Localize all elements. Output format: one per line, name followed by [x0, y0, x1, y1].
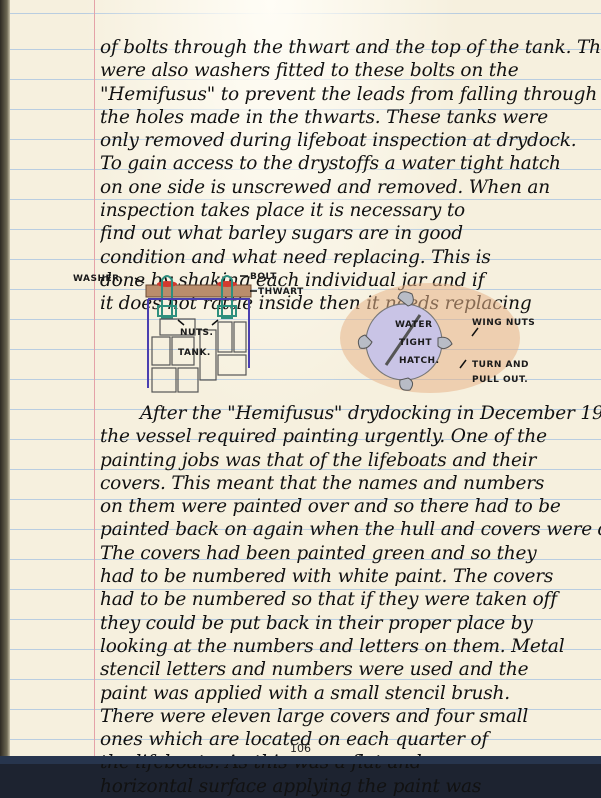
text-line: paint was applied with a small stencil b…	[100, 682, 601, 705]
text-line: had to be numbered with white paint. The…	[100, 565, 601, 588]
tank-label: TANK.	[178, 348, 211, 358]
text-line: The covers had been painted green and so…	[100, 542, 601, 565]
text-line: To gain access to the drystoffs a water …	[100, 152, 601, 175]
text-line: After the "Hemifusus" drydocking in Dece…	[100, 402, 601, 425]
bolt-label: BOLT	[250, 272, 277, 282]
hatch-label-hatch: HATCH.	[399, 356, 440, 366]
text-line: stencil letters and numbers were used an…	[100, 658, 601, 681]
text-line: on one side is unscrewed and removed. Wh…	[100, 176, 601, 199]
nuts-label: NUTS.	[180, 328, 213, 338]
hatch-drawing	[320, 280, 601, 410]
text-line: the vessel required painting urgently. O…	[100, 425, 601, 448]
page-number: 106	[290, 742, 311, 755]
text-line: There were eleven large covers and four …	[100, 705, 601, 728]
hatch-label-tight: TIGHT	[399, 338, 432, 348]
text-line: painted back on again when the hull and …	[100, 518, 601, 541]
wing-nuts-label: WING NUTS	[472, 318, 535, 328]
text-line: condition and what need replacing. This …	[100, 246, 601, 269]
text-line: ones which are located on each quarter o…	[100, 728, 601, 751]
notebook-binding	[0, 0, 10, 764]
text-line: of bolts through the thwart and the top …	[100, 36, 601, 59]
text-line: covers. This meant that the names and nu…	[100, 472, 601, 495]
turn-and-label: TURN AND	[472, 360, 529, 370]
text-line: on them were painted over and so there h…	[100, 495, 601, 518]
text-line: they could be put back in their proper p…	[100, 612, 601, 635]
text-line: looking at the numbers and letters on th…	[100, 635, 601, 658]
hatch-label-water: WATER	[395, 320, 433, 330]
text-line: only removed during lifeboat inspection …	[100, 129, 601, 152]
tank-diagram: WASHER. BOLT THWART NUTS. TANK.	[60, 270, 320, 400]
text-line: inspection takes place it is necessary t…	[100, 199, 601, 222]
hatch-diagram: WATER TIGHT HATCH. WING NUTS TURN AND PU…	[320, 280, 601, 410]
text-line: the holes made in the thwarts. These tan…	[100, 106, 601, 129]
text-line: "Hemifusus" to prevent the leads from fa…	[100, 83, 601, 106]
scan-bottom-edge	[0, 756, 601, 764]
bottom-paragraph: After the "Hemifusus" drydocking in Dece…	[100, 402, 601, 764]
text-line: had to be numbered so that if they were …	[100, 588, 601, 611]
text-line: find out what barley sugars are in good	[100, 222, 601, 245]
washer-label: WASHER.	[73, 274, 124, 284]
notebook-page: of bolts through the thwart and the top …	[0, 0, 601, 756]
text-line: were also washers fitted to these bolts …	[100, 59, 601, 82]
thwart-label: THWART	[258, 287, 304, 297]
text-line: painting jobs was that of the lifeboats …	[100, 449, 601, 472]
pull-out-label: PULL OUT.	[472, 375, 528, 385]
